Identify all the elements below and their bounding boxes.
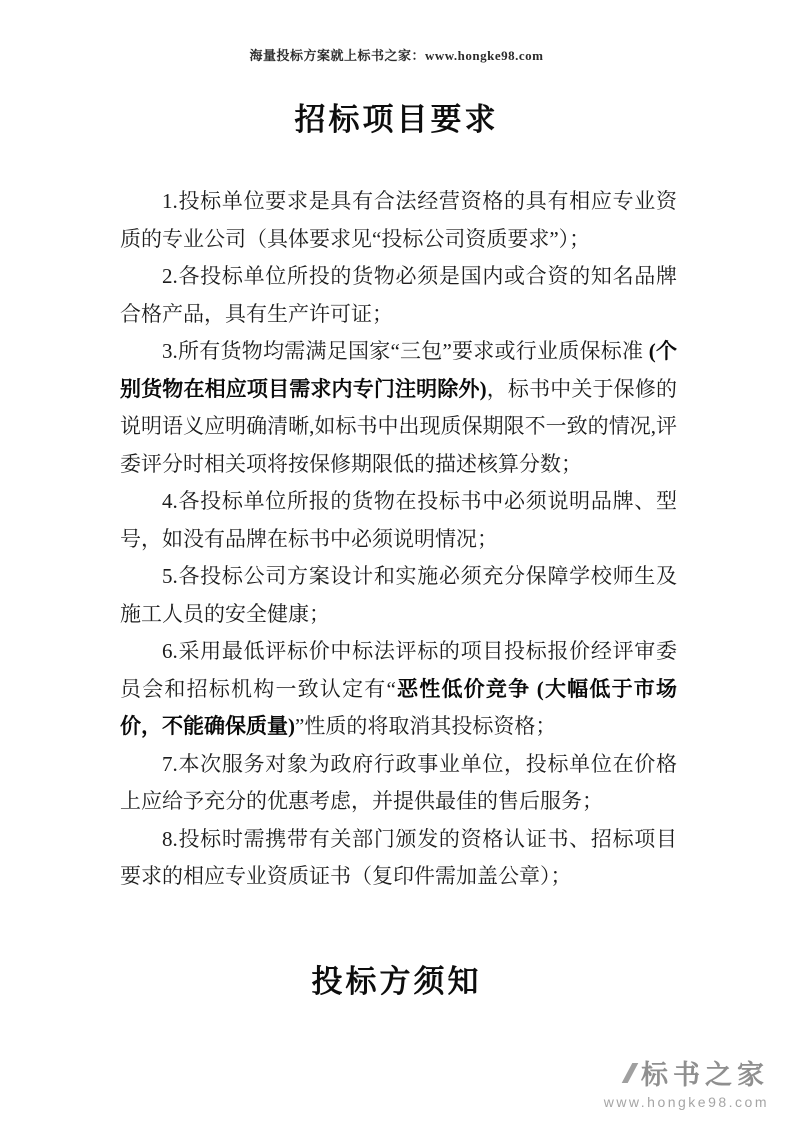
watermark-logo-icon	[622, 1063, 639, 1083]
watermark-brand-row: 标书之家	[604, 1053, 769, 1092]
paragraph-6: 6.采用最低评标价中标法评标的项目投标报价经评审委员会和招标机构一致认定有“恶性…	[120, 633, 677, 746]
section-title-tender-requirements: 招标项目要求	[0, 94, 793, 139]
text-run: 5.各投标公司方案设计和实施必须充分保障学校师生及施工人员的安全健康；	[120, 564, 677, 626]
paragraph-3: 3.所有货物均需满足国家“三包”要求或行业质保标准 (个别货物在相应项目需求内专…	[120, 333, 677, 483]
watermark-brand-text: 标书之家	[641, 1053, 769, 1092]
paragraph-5: 5.各投标公司方案设计和实施必须充分保障学校师生及施工人员的安全健康；	[120, 558, 677, 633]
section-title-bidder-notice: 投标方须知	[0, 956, 793, 1001]
text-run: ”性质的将取消其投标资格；	[295, 714, 556, 738]
paragraph-2: 2.各投标单位所投的货物必须是国内或合资的知名品牌合格产品，具有生产许可证；	[120, 258, 677, 333]
text-run: 2.各投标单位所投的货物必须是国内或合资的知名品牌合格产品，具有生产许可证；	[120, 264, 677, 326]
text-run: 8.投标时需携带有关部门颁发的资格认证书、招标项目要求的相应专业资质证书（复印件…	[120, 827, 677, 889]
paragraph-7: 7.本次服务对象为政府行政事业单位，投标单位在价格上应给予充分的优惠考虑，并提供…	[120, 746, 677, 821]
text-run: 3.所有货物均需满足国家“三包”要求或行业质保标准	[162, 339, 649, 363]
text-run: 4.各投标单位所报的货物在投标书中必须说明品牌、型号，如没有品牌在标书中必须说明…	[120, 489, 677, 551]
watermark-url: www.hongke98.com	[604, 1094, 769, 1110]
text-run: 1.投标单位要求是具有合法经营资格的具有相应专业资质的专业公司（具体要求见“投标…	[120, 189, 677, 251]
paragraph-1: 1.投标单位要求是具有合法经营资格的具有相应专业资质的专业公司（具体要求见“投标…	[120, 183, 677, 258]
document-page: 海量投标方案就上标书之家：www.hongke98.com 招标项目要求 1.投…	[0, 0, 793, 1122]
paragraph-8: 8.投标时需携带有关部门颁发的资格认证书、招标项目要求的相应专业资质证书（复印件…	[120, 821, 677, 896]
watermark: 标书之家 www.hongke98.com	[604, 1053, 769, 1110]
paragraph-4: 4.各投标单位所报的货物在投标书中必须说明品牌、型号，如没有品牌在标书中必须说明…	[120, 483, 677, 558]
text-run: 7.本次服务对象为政府行政事业单位，投标单位在价格上应给予充分的优惠考虑，并提供…	[120, 752, 677, 814]
page-header-text: 海量投标方案就上标书之家：www.hongke98.com	[0, 0, 793, 64]
paragraph-list: 1.投标单位要求是具有合法经营资格的具有相应专业资质的专业公司（具体要求见“投标…	[0, 183, 793, 896]
